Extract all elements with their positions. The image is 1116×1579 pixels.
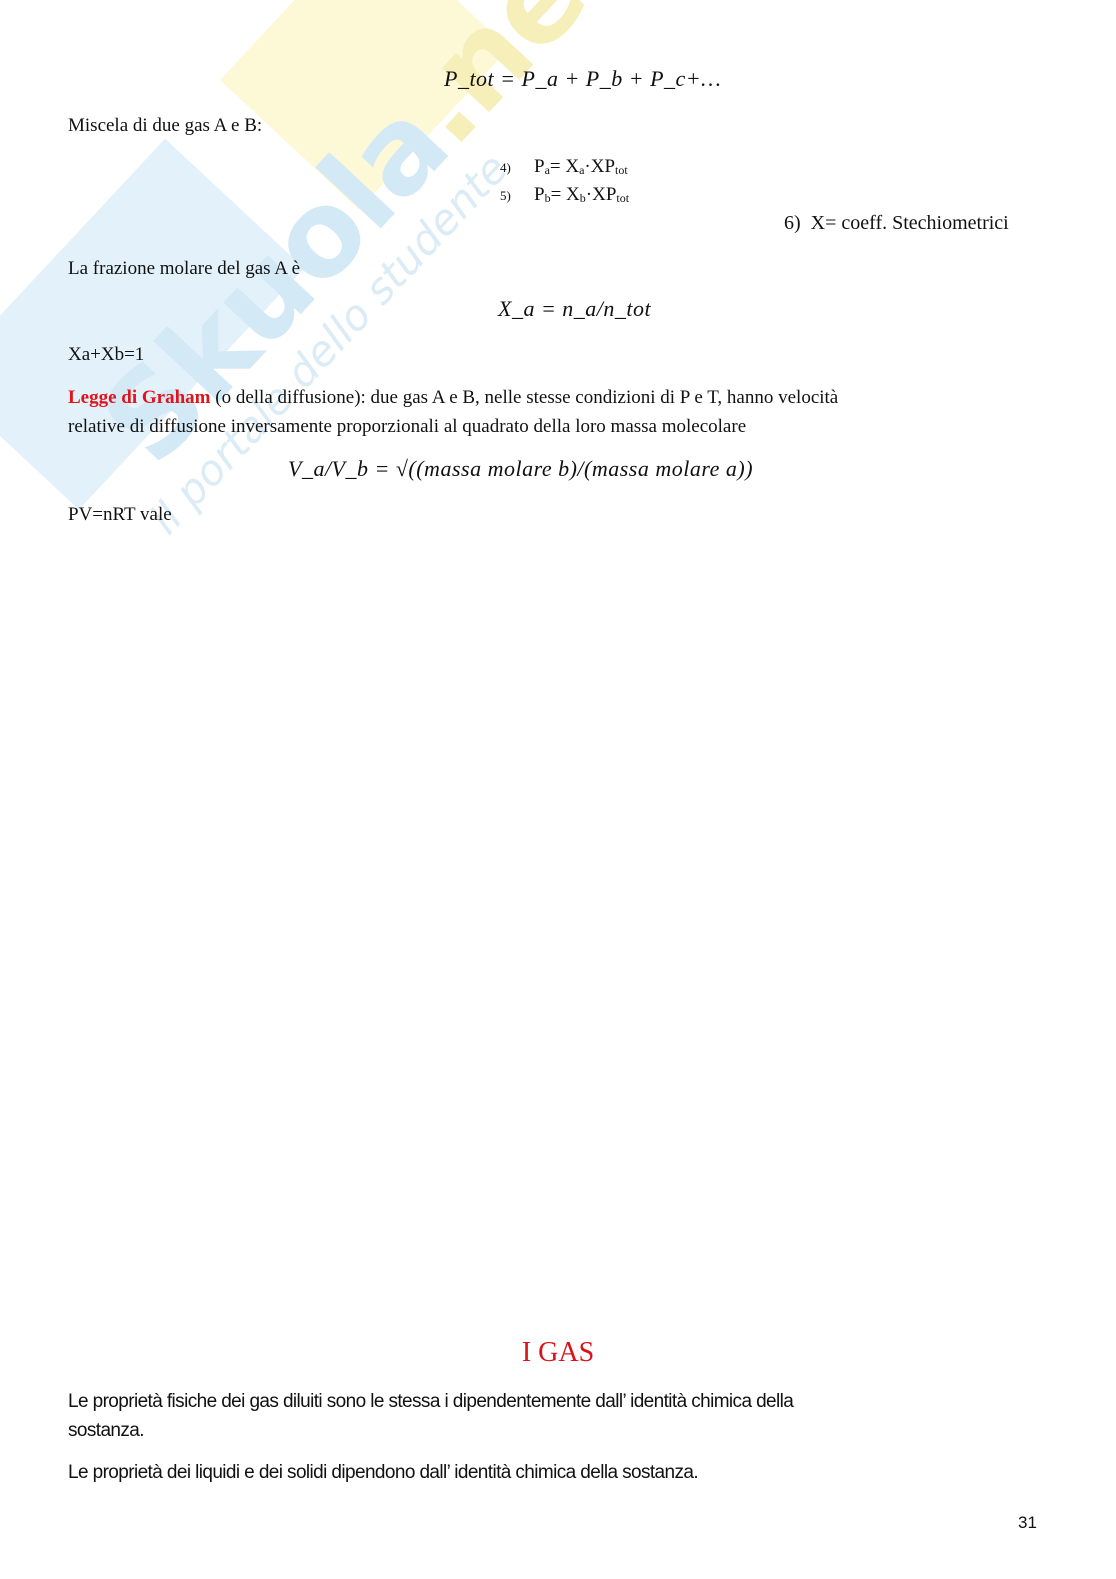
equation-graham: V_a/V_b = √((massa molare b)/(massa mola…	[288, 456, 753, 482]
partial-pressure-b: 5)Pb= Xb·XPtot	[500, 184, 629, 206]
sum-fractions: Xa+Xb=1	[68, 340, 144, 369]
section-paragraph1-line2: sostanza.	[68, 1416, 144, 1445]
graham-title: Legge di Graham	[68, 387, 211, 408]
coefficient-note: 6) X= coeff. Stechiometrici	[784, 209, 1009, 238]
document-page: Skuola.net il portale dello studente P_t…	[0, 0, 1116, 1579]
ideal-gas-note: PV=nRT vale	[68, 500, 172, 529]
section-paragraph1-line1: Le proprietà fisiche dei gas diluiti son…	[68, 1387, 793, 1416]
graham-paragraph-line1: Legge di Graham (o della diffusione): du…	[68, 383, 838, 412]
graham-paragraph-line2: relative di diffusione inversamente prop…	[68, 412, 746, 441]
mixture-intro: Miscela di due gas A e B:	[68, 111, 262, 140]
page-number: 31	[1018, 1513, 1037, 1533]
section-title: I GAS	[0, 1337, 1116, 1369]
section-paragraph2: Le proprietà dei liquidi e dei solidi di…	[68, 1458, 698, 1487]
partial-pressure-a: 4)Pa= Xa·XPtot	[500, 156, 628, 178]
watermark-blue-band	[0, 139, 304, 510]
watermark-tagline: il portale dello studente	[140, 144, 517, 544]
equation-total-pressure: P_tot = P_a + P_b + P_c+…	[444, 66, 721, 92]
equation-molar-fraction: X_a = n_a/n_tot	[498, 296, 651, 322]
watermark-yellow-band	[220, 0, 509, 210]
molar-fraction-intro: La frazione molare del gas A è	[68, 254, 300, 283]
